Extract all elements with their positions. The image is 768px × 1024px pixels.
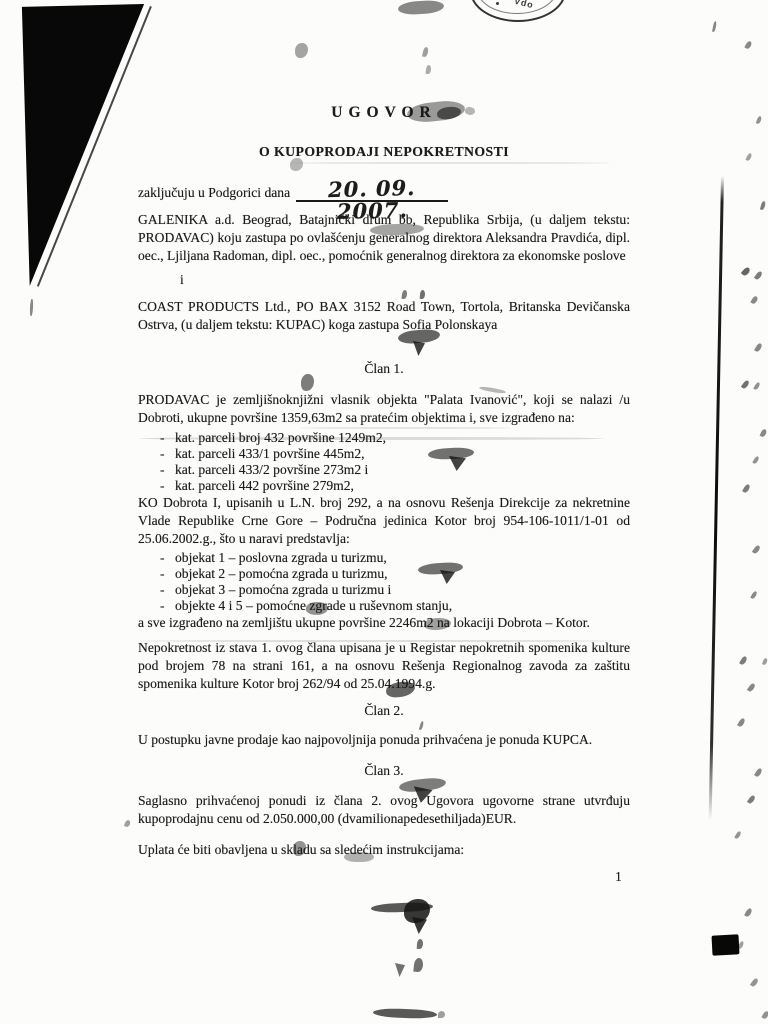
scan-speck-artifact <box>750 295 758 304</box>
scan-speck-artifact <box>744 40 752 49</box>
ink-smudge-artifact <box>373 1008 437 1019</box>
list-item: kat. parceli 442 površine 279m2, <box>138 478 630 494</box>
scan-speck-artifact <box>745 153 752 162</box>
scan-speck-artifact <box>752 456 759 465</box>
scan-speck-artifact <box>734 831 741 840</box>
scan-speck-artifact <box>742 483 751 493</box>
scan-speck-artifact <box>744 907 753 917</box>
article-3-heading: Član 3. <box>138 762 630 780</box>
scan-speck-artifact <box>741 379 750 389</box>
scan-speck-artifact <box>741 266 751 277</box>
scan-mark-artifact <box>711 934 739 955</box>
round-stamp-partial: Vdo <box>470 0 570 22</box>
scan-speck-artifact <box>438 1011 445 1018</box>
scan-speck-artifact <box>752 544 761 554</box>
date-line-prefix: zaključuju u Podgorici dana <box>138 185 290 200</box>
scan-speck-artifact <box>124 819 131 827</box>
buyer-paragraph: COAST PRODUCTS Ltd., PO BAX 3152 Road To… <box>138 298 630 334</box>
ink-smudge-artifact <box>344 852 374 862</box>
scan-speck-artifact <box>760 201 766 211</box>
contract-subtitle: O KUPOPRODAJI NEPOKRETNOSTI <box>138 143 630 161</box>
article-1-intro: PRODAVAC je zemljišnoknjižni vlasnik obj… <box>138 391 630 427</box>
scan-speck-artifact <box>412 917 427 934</box>
scan-speck-artifact <box>737 717 746 727</box>
article-3-payment: Uplata će biti obavljena u skladu sa sle… <box>138 841 630 859</box>
fold-corner-artifact <box>18 4 148 286</box>
article-1-registry: KO Dobrota I, upisanih u L.N. broj 292, … <box>138 494 630 548</box>
article-2-body: U postupku javne prodaje kao najpovoljni… <box>138 731 630 749</box>
ink-smudge-artifact <box>30 299 34 316</box>
scan-speck-artifact <box>426 65 432 74</box>
scan-speck-artifact <box>747 794 756 804</box>
scan-speck-artifact <box>750 977 759 987</box>
scanned-contract-page: Vdo UGOVOR O KUPOPRODAJI NEPOKRETNOSTI z… <box>0 0 768 1024</box>
contract-body: UGOVOR O KUPOPRODAJI NEPOKRETNOSTI zaklj… <box>138 104 630 859</box>
scan-speck-artifact <box>417 939 424 949</box>
stamp-dot <box>496 2 499 5</box>
article-1-heading: Član 1. <box>138 360 630 378</box>
scan-speck-artifact <box>761 1010 768 1019</box>
conjunction: i <box>180 271 630 289</box>
list-item: objekat 1 – poslovna zgrada u turizmu, <box>138 550 630 566</box>
scan-speck-artifact <box>760 428 768 437</box>
page-number: 1 <box>615 869 622 885</box>
scan-speck-artifact <box>754 270 763 280</box>
ink-smudge-artifact <box>139 437 604 440</box>
scan-speck-artifact <box>762 658 768 666</box>
scan-speck-artifact <box>739 655 748 665</box>
contract-title: UGOVOR <box>138 104 630 122</box>
scan-speck-artifact <box>756 116 762 125</box>
scan-speck-artifact <box>753 382 760 391</box>
scan-speck-artifact <box>413 958 423 973</box>
ink-smudge-artifact <box>300 427 510 429</box>
scan-speck-artifact <box>295 43 308 58</box>
scan-speck-artifact <box>747 682 756 692</box>
list-item: objekat 3 – pomoćna zgrada u turizmu i <box>138 582 630 598</box>
article-3-price: Saglasno prihvaćenoj ponudi iz člana 2. … <box>138 792 630 828</box>
list-item: objekat 2 – pomoćna zgrada u turizmu, <box>138 566 630 582</box>
scan-speck-artifact <box>422 47 429 58</box>
scan-speck-artifact <box>754 342 763 352</box>
scan-speck-artifact <box>750 591 757 600</box>
object-list: objekat 1 – poslovna zgrada u turizmu, o… <box>138 550 630 614</box>
list-item: kat. parceli 433/2 površine 273m2 i <box>138 462 630 478</box>
list-item: kat. parceli 433/1 površine 445m2, <box>138 446 630 462</box>
list-item: objekte 4 i 5 – pomoćne zgrade u ruševno… <box>138 598 630 614</box>
date-line: zaključuju u Podgorici dana20. 09. 2007. <box>138 176 630 202</box>
page-edge-line-artifact <box>709 176 724 821</box>
handwritten-date-slot: 20. 09. 2007. <box>296 176 448 202</box>
ink-smudge-artifact <box>290 162 610 164</box>
article-1-land-total: a sve izgrađeno na zemljištu ukupne povr… <box>138 614 630 632</box>
handwritten-date: 20. 09. 2007. <box>296 176 449 224</box>
scan-speck-artifact <box>754 767 763 777</box>
scan-speck-artifact <box>395 963 405 977</box>
article-1-monument: Nepokretnost iz stava 1. ovog člana upis… <box>138 639 630 693</box>
article-2-heading: Član 2. <box>138 702 630 720</box>
scan-speck-artifact <box>712 21 717 32</box>
ink-smudge-artifact <box>398 0 445 16</box>
ink-smudge-artifact <box>139 640 617 642</box>
